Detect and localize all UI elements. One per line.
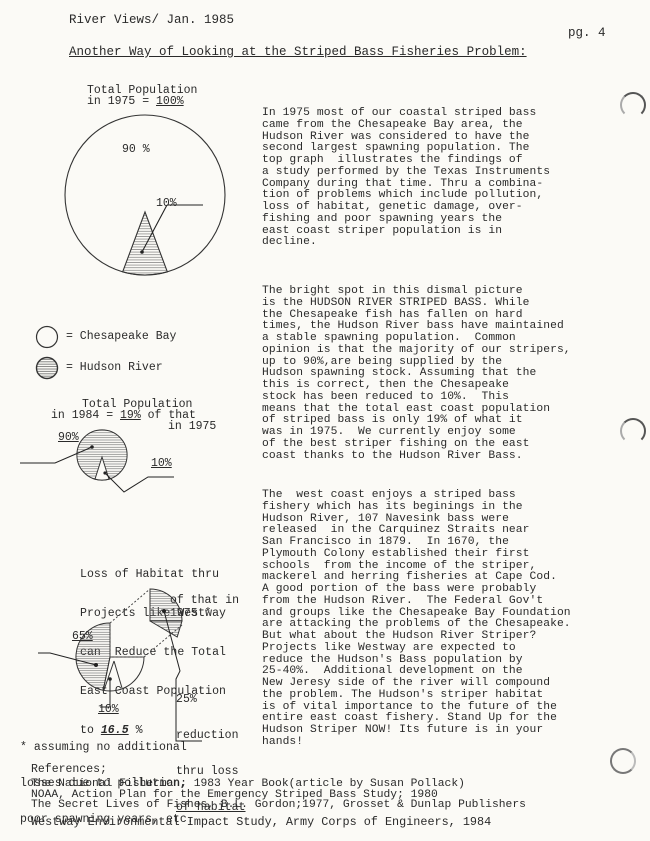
paragraph-line: loss of habitat, genetic damage, over-	[262, 202, 550, 214]
paragraph-line: coast thanks to the Hudson River Bass.	[262, 451, 571, 463]
figure1-label-chesapeake: 90 %	[122, 143, 150, 156]
paragraph-line: decline.	[262, 237, 550, 249]
paragraph-line: stock has been reduced to 10%. This	[262, 392, 571, 404]
figure2-label-hudson: 90%	[58, 431, 79, 444]
figure3-label-chesapeake: 10%	[98, 703, 119, 716]
paragraph-line: fishery which has its beginings in the	[262, 502, 571, 514]
paragraph-line: The bright spot in this dismal picture	[262, 286, 571, 298]
paragraph-line: is the HUDSON RIVER STRIPED BASS. While	[262, 298, 571, 310]
figure1-label-hudson: 10%	[156, 197, 177, 210]
paragraph-line: the problem. The Hudson's striper habita…	[262, 690, 571, 702]
paragraph-line: But what about the Hudson River Striper?	[262, 631, 571, 643]
paragraph-line: Projects like Westway are expected to	[262, 643, 571, 655]
binder-hole	[610, 748, 636, 774]
binder-hole	[620, 418, 646, 444]
paragraph-line: a study performed by the Texas Instrumen…	[262, 167, 550, 179]
publication-title: River Views/ Jan. 1985	[69, 13, 234, 27]
reduction-line: 25%	[176, 694, 246, 706]
paragraph-line: was in 1975. We currently enjoy some	[262, 427, 571, 439]
hatched-circle-icon	[35, 356, 59, 380]
paragraph-line: New Jeresy side of the river will compou…	[262, 678, 571, 690]
paragraph-line: In 1975 most of our coastal striped bass	[262, 108, 550, 120]
paragraph-line: The west coast enjoys a striped bass	[262, 490, 571, 502]
paragraph-line: a stable spawning population. Common	[262, 333, 571, 345]
references-heading: References;	[31, 765, 107, 776]
paragraph-line: came from the Chesapeake Bay area, the	[262, 120, 550, 132]
figure2-label-chesapeake: 10%	[151, 457, 172, 470]
paragraph-line: of the best striper fishing on the east	[262, 439, 571, 451]
reference-item: The National Fisherman; 1983 Year Book(a…	[31, 779, 465, 790]
reference-item: The Secret Lives of Fishes, B.L. Gordon;…	[31, 800, 526, 811]
legend-hudson: = Hudson River	[66, 361, 163, 374]
paragraph-line: A good portion of the bass were probably	[262, 584, 571, 596]
footnote-line: * assuming no additional	[20, 742, 194, 754]
paragraph-2: The bright spot in this dismal pictureis…	[262, 286, 571, 462]
reference-item: Westway Environmental Impact Study, Army…	[31, 817, 491, 828]
paragraph-3: The west coast enjoys a striped bassfish…	[262, 490, 571, 749]
paragraph-line: Hudson Striper NOW! Its future is in you…	[262, 725, 571, 737]
paragraph-line: fishing and poor spawning years the	[262, 214, 550, 226]
paragraph-1: In 1975 most of our coastal striped bass…	[262, 108, 550, 249]
article-title: Another Way of Looking at the Striped Ba…	[69, 45, 527, 59]
paragraph-line: hands!	[262, 737, 571, 749]
paragraph-line: opinion is that the majority of our stri…	[262, 345, 571, 357]
paragraph-line: Plymouth Colony established their first	[262, 549, 571, 561]
paragraph-line: San Francisco in 1879. In 1670, the	[262, 537, 571, 549]
paragraph-line: from the Hudson River. The Federal Gov't	[262, 596, 571, 608]
paragraph-line: top graph illustrates the findings of	[262, 155, 550, 167]
page-number: pg. 4	[568, 26, 606, 40]
figure3-label-hudson: 65%	[72, 630, 93, 643]
pie-chart-1984	[20, 410, 140, 510]
figure3-caption-line: Loss of Habitat thru	[80, 568, 226, 581]
legend-chesapeake: = Chesapeake Bay	[66, 330, 176, 343]
figure2-caption-line3: in 1975	[168, 420, 216, 433]
binder-hole	[620, 92, 646, 118]
paragraph-line: this is correct, then the Chesapeake	[262, 380, 571, 392]
open-circle-icon	[35, 325, 59, 349]
